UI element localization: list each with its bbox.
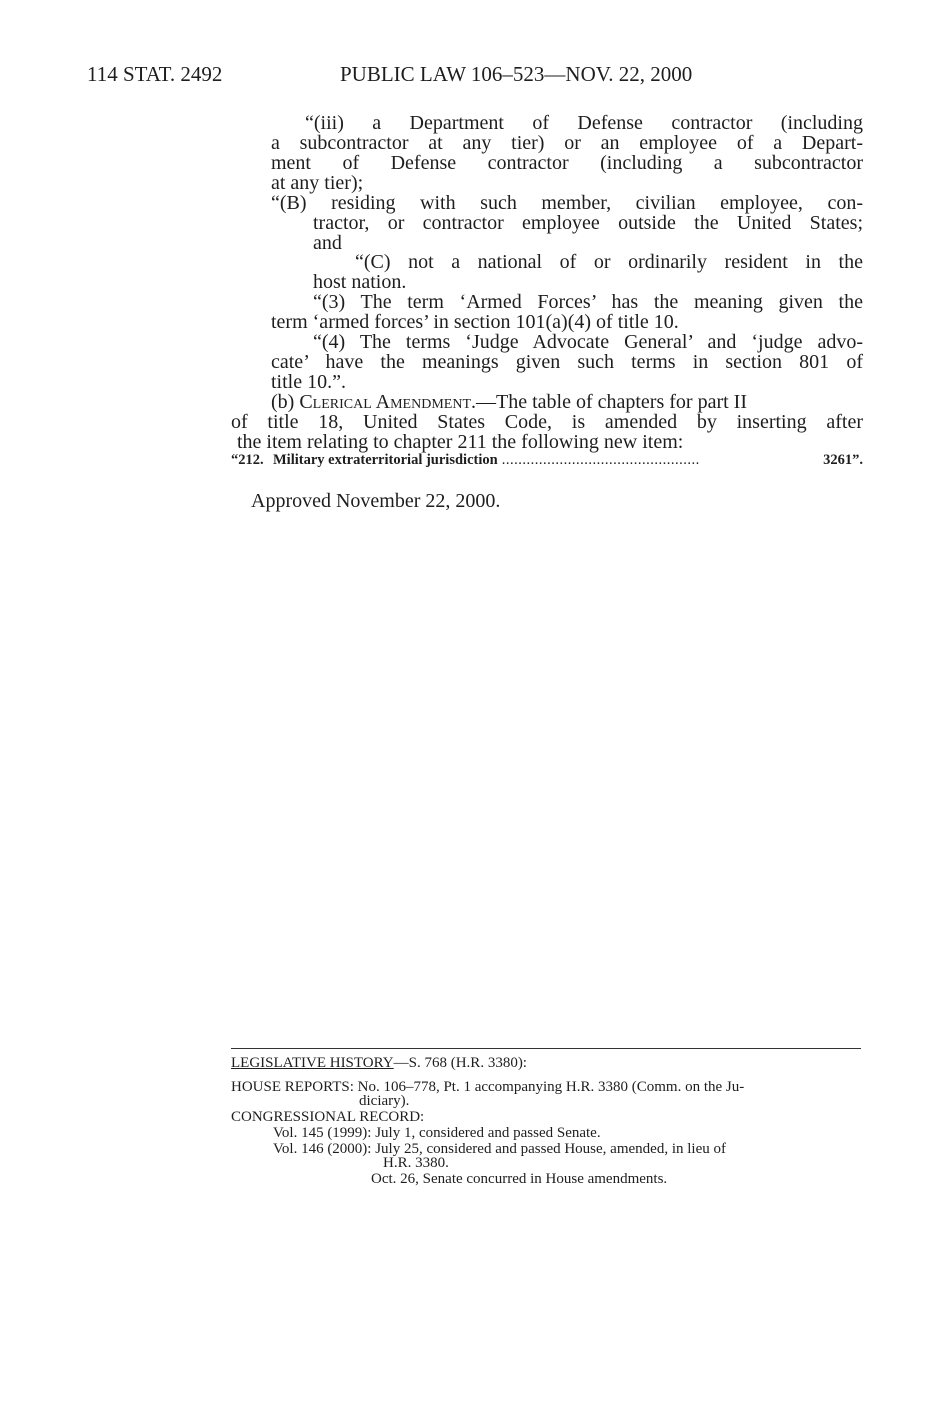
record-vol-146-oct: Oct. 26, Senate concurred in House amend… <box>371 1172 667 1187</box>
divider-rule <box>231 1048 861 1049</box>
body-line: tractor, or contractor employee outside … <box>313 212 863 235</box>
subsection-label: (b) <box>271 391 299 413</box>
body-line: and <box>313 232 342 255</box>
legislative-history-heading: LEGISLATIVE HISTORY—S. 768 (H.R. 3380): <box>231 1056 527 1071</box>
record-vol-146-cont: H.R. 3380. <box>383 1156 449 1171</box>
record-vol-145: Vol. 145 (1999): July 1, considered and … <box>273 1126 601 1141</box>
house-reports: HOUSE REPORTS: No. 106–778, Pt. 1 accomp… <box>231 1080 744 1095</box>
law-title: PUBLIC LAW 106–523—NOV. 22, 2000 <box>340 62 692 87</box>
body-line: the item relating to chapter 211 the fol… <box>237 431 683 454</box>
table-of-chapters-item: “212. Military extraterritorial jurisdic… <box>231 452 863 469</box>
subsection-heading: Clerical Amendment. <box>299 391 476 413</box>
section-number: 3261”. <box>823 452 863 469</box>
dot-leader: ........................................… <box>502 452 819 469</box>
congressional-record-heading: CONGRESSIONAL RECORD: <box>231 1110 424 1125</box>
chapter-title: Military extraterritorial jurisdiction <box>273 452 498 469</box>
chapter-number: “212. <box>231 452 273 469</box>
house-reports-cont: diciary). <box>359 1094 409 1109</box>
body-line: “(C) not a national of or ordinarily res… <box>355 251 863 274</box>
approval-date: Approved November 22, 2000. <box>251 490 500 513</box>
record-vol-146: Vol. 146 (2000): July 25, considered and… <box>273 1142 726 1157</box>
stat-reference: 114 STAT. 2492 <box>87 62 222 87</box>
body-line: cate’ have the meanings given such terms… <box>271 351 863 374</box>
subsection-text: —The table of chapters for part II <box>476 391 747 413</box>
